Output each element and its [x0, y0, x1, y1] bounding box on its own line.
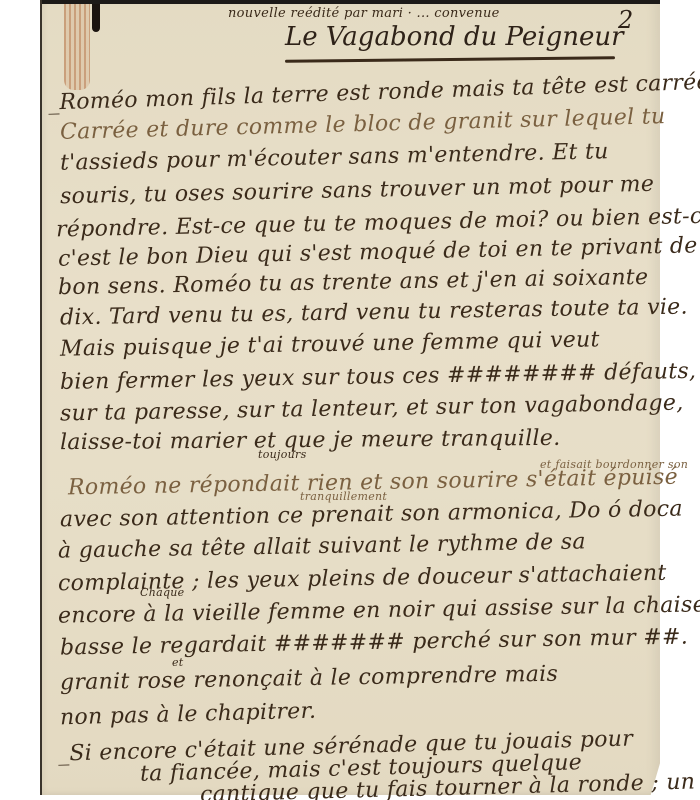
- header-note: nouvelle reédité par mari · ... convenue: [228, 6, 500, 21]
- rust-stain: [64, 4, 90, 90]
- manuscript-line: laisse-toi marier et que je meure tranqu…: [60, 426, 561, 455]
- page-left-edge: [40, 0, 42, 795]
- interlinear-insertion: Chaque: [140, 586, 185, 599]
- page-number: 2: [618, 6, 633, 34]
- interlinear-insertion: et faisait bourdonner son: [540, 458, 688, 471]
- page-top-edge: [40, 0, 660, 4]
- interlinear-insertion: et: [172, 656, 184, 669]
- interlinear-insertion: toujours: [258, 448, 307, 461]
- page-title: Le Vagabond du Peigneur: [285, 22, 624, 52]
- ink-blot: [92, 4, 100, 32]
